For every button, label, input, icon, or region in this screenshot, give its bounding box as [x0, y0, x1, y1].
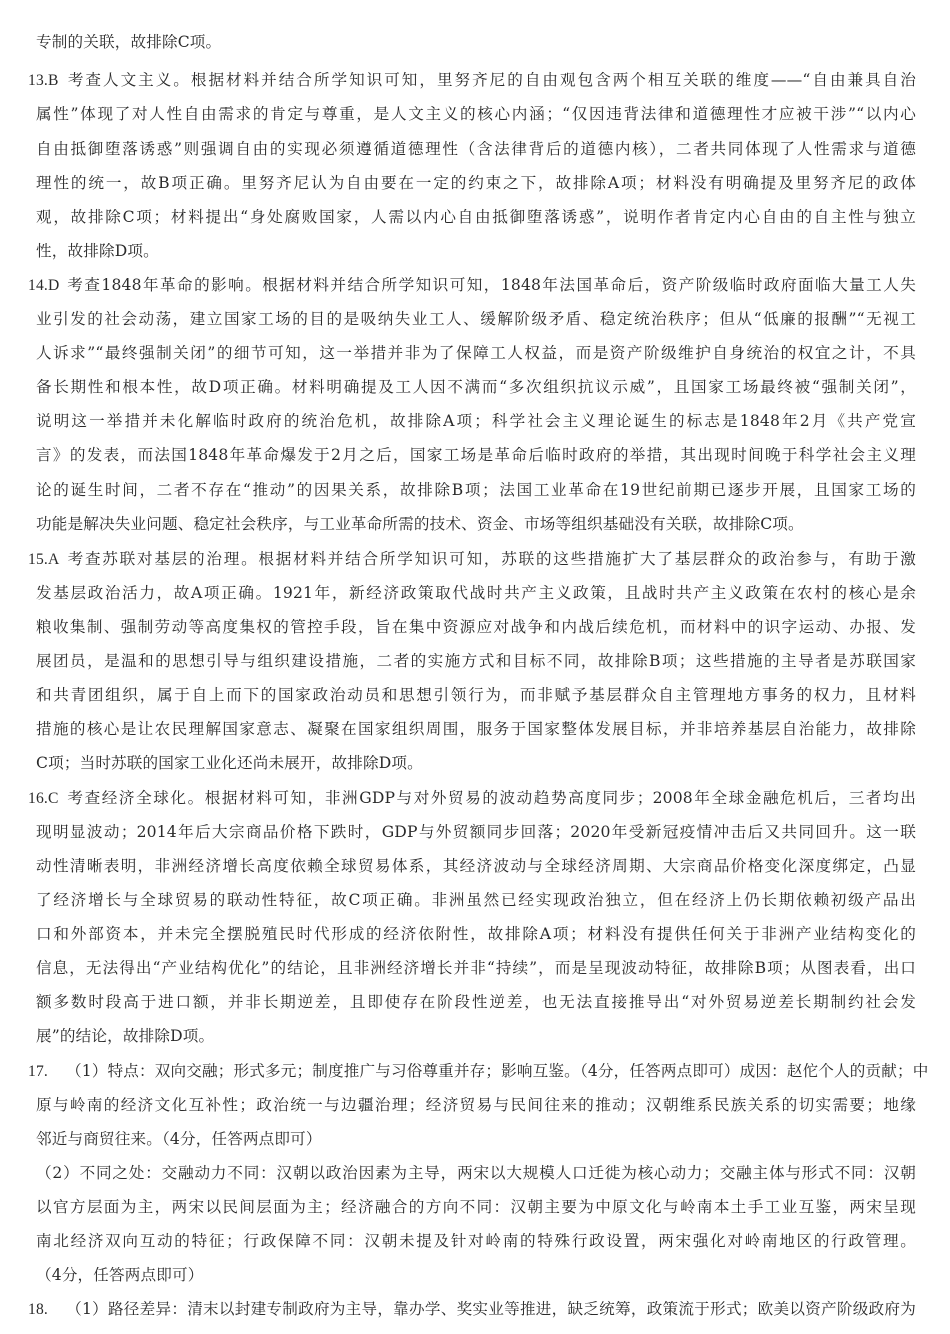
line-text: 性，故排除D项。: [36, 242, 159, 260]
line-text: （2）不同之处：交融动力不同：汉朝以政治因素为主导，两宋以大规模人口迁徙为核心动…: [36, 1164, 916, 1182]
answer-text-line: （4分，任答两点即可）: [36, 1264, 916, 1286]
question-answer-start-line: 17.（1）特点：双向交融；形式多元；制度推广与习俗尊重并存；影响互鉴。（4分，…: [28, 1060, 916, 1083]
answer-text-line: 邻近与商贸往来。（4分，任答两点即可）: [36, 1128, 916, 1150]
answer-text-line: 措施的核心是让农民理解国家意志、凝聚在国家组织周围，服务于国家整体发展目标，并非…: [36, 718, 916, 740]
line-text: 备长期性和根本性，故D项正确。材料明确提及工人因不满而“多次组织抗议示威”，且国…: [36, 378, 916, 396]
line-text: 功能是解决失业问题、稳定社会秩序，与工业革命所需的技术、资金、市场等组织基础没有…: [36, 515, 804, 533]
answer-text-line: 论的诞生时间，二者不存在“推动”的因果关系，故排除B项；法国工业革命在19世纪前…: [36, 479, 916, 501]
line-text: 和共青团组织，属于自上而下的国家政治动员和思想引领行为，而非赋予基层群众自主管理…: [36, 686, 916, 704]
answer-text-line: 专制的关联，故排除C项。: [36, 31, 916, 53]
answer-text-line: 和共青团组织，属于自上而下的国家政治动员和思想引领行为，而非赋予基层群众自主管理…: [36, 684, 916, 706]
answer-text-line: 口和外部资本，并未完全摆脱殖民时代形成的经济依附性，故排除A项；材料没有提供任何…: [36, 923, 916, 945]
line-text: 口和外部资本，并未完全摆脱殖民时代形成的经济依附性，故排除A项；材料没有提供任何…: [36, 925, 916, 943]
question-answer-start-line: 18.（1）路径差异：清末以封建专制政府为主导，靠办学、奖实业等推进，缺乏统筹，…: [28, 1298, 916, 1321]
answer-text-line: 粮收集制、强制劳动等高度集权的管控手段，旨在集中资源应对战争和内战后续危机，而材…: [36, 616, 916, 638]
line-text: 动性清晰表明，非洲经济增长高度依赖全球贸易体系，其经济波动与全球经济周期、大宗商…: [36, 857, 916, 875]
line-text: 额多数时段高于进口额，并非长期逆差，且即使存在阶段性逆差，也无法直接推导出“对外…: [36, 993, 916, 1011]
line-text: 考查经济全球化。根据材料可知，非洲GDP与对外贸易的波动趋势高度同步；2008年…: [66, 789, 916, 807]
line-text: 考查1848年革命的影响。根据材料并结合所学知识可知，1848年法国革命后，资产…: [66, 276, 916, 294]
line-text: 措施的核心是让农民理解国家意志、凝聚在国家组织周围，服务于国家整体发展目标，并非…: [36, 720, 916, 738]
question-answer-start-line: 13.B考查人文主义。根据材料并结合所学知识可知，里努齐尼的自由观包含两个相互关…: [28, 69, 916, 92]
question-answer-start-line: 16.C考查经济全球化。根据材料可知，非洲GDP与对外贸易的波动趋势高度同步；2…: [28, 787, 916, 810]
question-answer-start-line: 14.D考查1848年革命的影响。根据材料并结合所学知识可知，1848年法国革命…: [28, 274, 916, 297]
line-text: 观，故排除C项；材料提出“身处腐败国家，人需以内心自由抵御堕落诱惑”，说明作者肯…: [36, 208, 916, 226]
line-text: 展”的结论，故排除D项。: [36, 1027, 214, 1045]
answer-text-line: 说明这一举措并未化解临时政府的统治危机，故排除A项；科学社会主义理论诞生的标志是…: [36, 410, 916, 432]
line-text: 以官方层面为主，两宋以民间层面为主；经济融合的方向不同：汉朝主要为中原文化与岭南…: [36, 1198, 916, 1216]
line-text: （4分，任答两点即可）: [36, 1266, 204, 1284]
line-text: 言》的发表，而法国1848年革命爆发于2月之后，国家工场是革命后临时政府的举措，…: [36, 446, 916, 464]
line-text: 展团员，是温和的思想引导与组织建设措施，二者的实施方式和目标不同，故排除B项；这…: [36, 652, 916, 670]
answer-text-line: 动性清晰表明，非洲经济增长高度依赖全球贸易体系，其经济波动与全球经济周期、大宗商…: [36, 855, 916, 877]
line-text: 了经济增长与全球贸易的联动性特征，故C项正确。非洲虽然已经实现政治独立，但在经济…: [36, 891, 916, 909]
line-text: 考查苏联对基层的治理。根据材料并结合所学知识可知，苏联的这些措施扩大了基层群众的…: [66, 550, 916, 568]
answer-text-line: 理性的统一，故B项正确。里努齐尼认为自由要在一定的约束之下，故排除A项；材料没有…: [36, 172, 916, 194]
answer-text-line: 信息，无法得出“产业结构优化”的结论，且非洲经济增长并非“持续”，而是呈现波动特…: [36, 957, 916, 979]
question-number: 16.C: [28, 788, 66, 810]
line-text: 专制的关联，故排除C项。: [36, 33, 221, 51]
line-text: 理性的统一，故B项正确。里努齐尼认为自由要在一定的约束之下，故排除A项；材料没有…: [36, 174, 916, 192]
line-text: 自由抵御堕落诱惑”则强调自由的实现必须遵循道德理性（含法律背后的道德内核），二者…: [36, 140, 916, 158]
answer-text-line: 了经济增长与全球贸易的联动性特征，故C项正确。非洲虽然已经实现政治独立，但在经济…: [36, 889, 916, 911]
line-text: 信息，无法得出“产业结构优化”的结论，且非洲经济增长并非“持续”，而是呈现波动特…: [36, 959, 916, 977]
line-text: （1）路径差异：清末以封建专制政府为主导，靠办学、奖实业等推进，缺乏统筹，政策流…: [66, 1300, 916, 1318]
answer-text-line: 展”的结论，故排除D项。: [36, 1025, 916, 1047]
line-text: 论的诞生时间，二者不存在“推动”的因果关系，故排除B项；法国工业革命在19世纪前…: [36, 481, 916, 499]
line-text: 属性”体现了对人性自由需求的肯定与尊重，是人文主义的核心内涵；“仅因违背法律和道…: [36, 105, 916, 123]
answer-text-line: 功能是解决失业问题、稳定社会秩序，与工业革命所需的技术、资金、市场等组织基础没有…: [36, 513, 916, 535]
question-number: 15.A: [28, 549, 66, 571]
line-text: 考查人文主义。根据材料并结合所学知识可知，里努齐尼的自由观包含两个相互关联的维度…: [66, 71, 916, 89]
answer-text-line: 属性”体现了对人性自由需求的肯定与尊重，是人文主义的核心内涵；“仅因违背法律和道…: [36, 103, 916, 125]
question-answer-start-line: 15.A考查苏联对基层的治理。根据材料并结合所学知识可知，苏联的这些措施扩大了基…: [28, 548, 916, 571]
question-number: 13.B: [28, 70, 66, 92]
answer-text-line: 展团员，是温和的思想引导与组织建设措施，二者的实施方式和目标不同，故排除B项；这…: [36, 650, 916, 672]
answer-text-line: 备长期性和根本性，故D项正确。材料明确提及工人因不满而“多次组织抗议示威”，且国…: [36, 376, 916, 398]
answer-text-line: 业引发的社会动荡，建立国家工场的目的是吸纳失业工人、缓解阶级矛盾、稳定统治秩序；…: [36, 308, 916, 330]
answer-text-line: （2）不同之处：交融动力不同：汉朝以政治因素为主导，两宋以大规模人口迁徙为核心动…: [36, 1162, 916, 1184]
line-text: 现明显波动；2014年后大宗商品价格下跌时，GDP与外贸额同步回落；2020年受…: [36, 823, 916, 841]
answer-text-line: 以官方层面为主，两宋以民间层面为主；经济融合的方向不同：汉朝主要为中原文化与岭南…: [36, 1196, 916, 1218]
line-text: 粮收集制、强制劳动等高度集权的管控手段，旨在集中资源应对战争和内战后续危机，而材…: [36, 618, 916, 636]
answer-text-line: 现明显波动；2014年后大宗商品价格下跌时，GDP与外贸额同步回落；2020年受…: [36, 821, 916, 843]
answer-text-line: 性，故排除D项。: [36, 240, 916, 262]
question-number: 14.D: [28, 275, 66, 297]
line-text: 说明这一举措并未化解临时政府的统治危机，故排除A项；科学社会主义理论诞生的标志是…: [36, 412, 916, 430]
line-text: 邻近与商贸往来。（4分，任答两点即可）: [36, 1130, 322, 1148]
answer-text-line: 发基层政治活力，故A项正确。1921年，新经济政策取代战时共产主义政策，且战时共…: [36, 582, 916, 604]
answer-key-page: 专制的关联，故排除C项。13.B考查人文主义。根据材料并结合所学知识可知，里努齐…: [0, 0, 950, 1334]
question-number: 18.: [28, 1299, 66, 1321]
question-number: 17.: [28, 1061, 66, 1083]
line-text: C项；当时苏联的国家工业化还尚未展开，故排除D项。: [36, 754, 423, 772]
line-text: （1）特点：双向交融；形式多元；制度推广与习俗尊重并存；影响互鉴。（4分，任答两…: [66, 1062, 929, 1080]
answer-text-line: 观，故排除C项；材料提出“身处腐败国家，人需以内心自由抵御堕落诱惑”，说明作者肯…: [36, 206, 916, 228]
line-text: 人诉求”“最终强制关闭”的细节可知，这一举措并非为了保障工人权益，而是资产阶级维…: [36, 344, 916, 362]
answer-text-line: 言》的发表，而法国1848年革命爆发于2月之后，国家工场是革命后临时政府的举措，…: [36, 444, 916, 466]
line-text: 发基层政治活力，故A项正确。1921年，新经济政策取代战时共产主义政策，且战时共…: [36, 584, 916, 602]
answer-text-line: 自由抵御堕落诱惑”则强调自由的实现必须遵循道德理性（含法律背后的道德内核），二者…: [36, 138, 916, 160]
answer-text-line: C项；当时苏联的国家工业化还尚未展开，故排除D项。: [36, 752, 916, 774]
answer-text-line: 额多数时段高于进口额，并非长期逆差，且即使存在阶段性逆差，也无法直接推导出“对外…: [36, 991, 916, 1013]
answer-text-line: 人诉求”“最终强制关闭”的细节可知，这一举措并非为了保障工人权益，而是资产阶级维…: [36, 342, 916, 364]
answer-text-line: 原与岭南的经济文化互补性；政治统一与边疆治理；经济贸易与民间往来的推动；汉朝维系…: [36, 1094, 916, 1116]
line-text: 业引发的社会动荡，建立国家工场的目的是吸纳失业工人、缓解阶级矛盾、稳定统治秩序；…: [36, 310, 916, 328]
line-text: 原与岭南的经济文化互补性；政治统一与边疆治理；经济贸易与民间往来的推动；汉朝维系…: [36, 1096, 916, 1114]
answer-text-line: 南北经济双向互动的特征；行政保障不同：汉朝未提及针对岭南的特殊行政设置，两宋强化…: [36, 1230, 916, 1252]
line-text: 南北经济双向互动的特征；行政保障不同：汉朝未提及针对岭南的特殊行政设置，两宋强化…: [36, 1232, 916, 1250]
